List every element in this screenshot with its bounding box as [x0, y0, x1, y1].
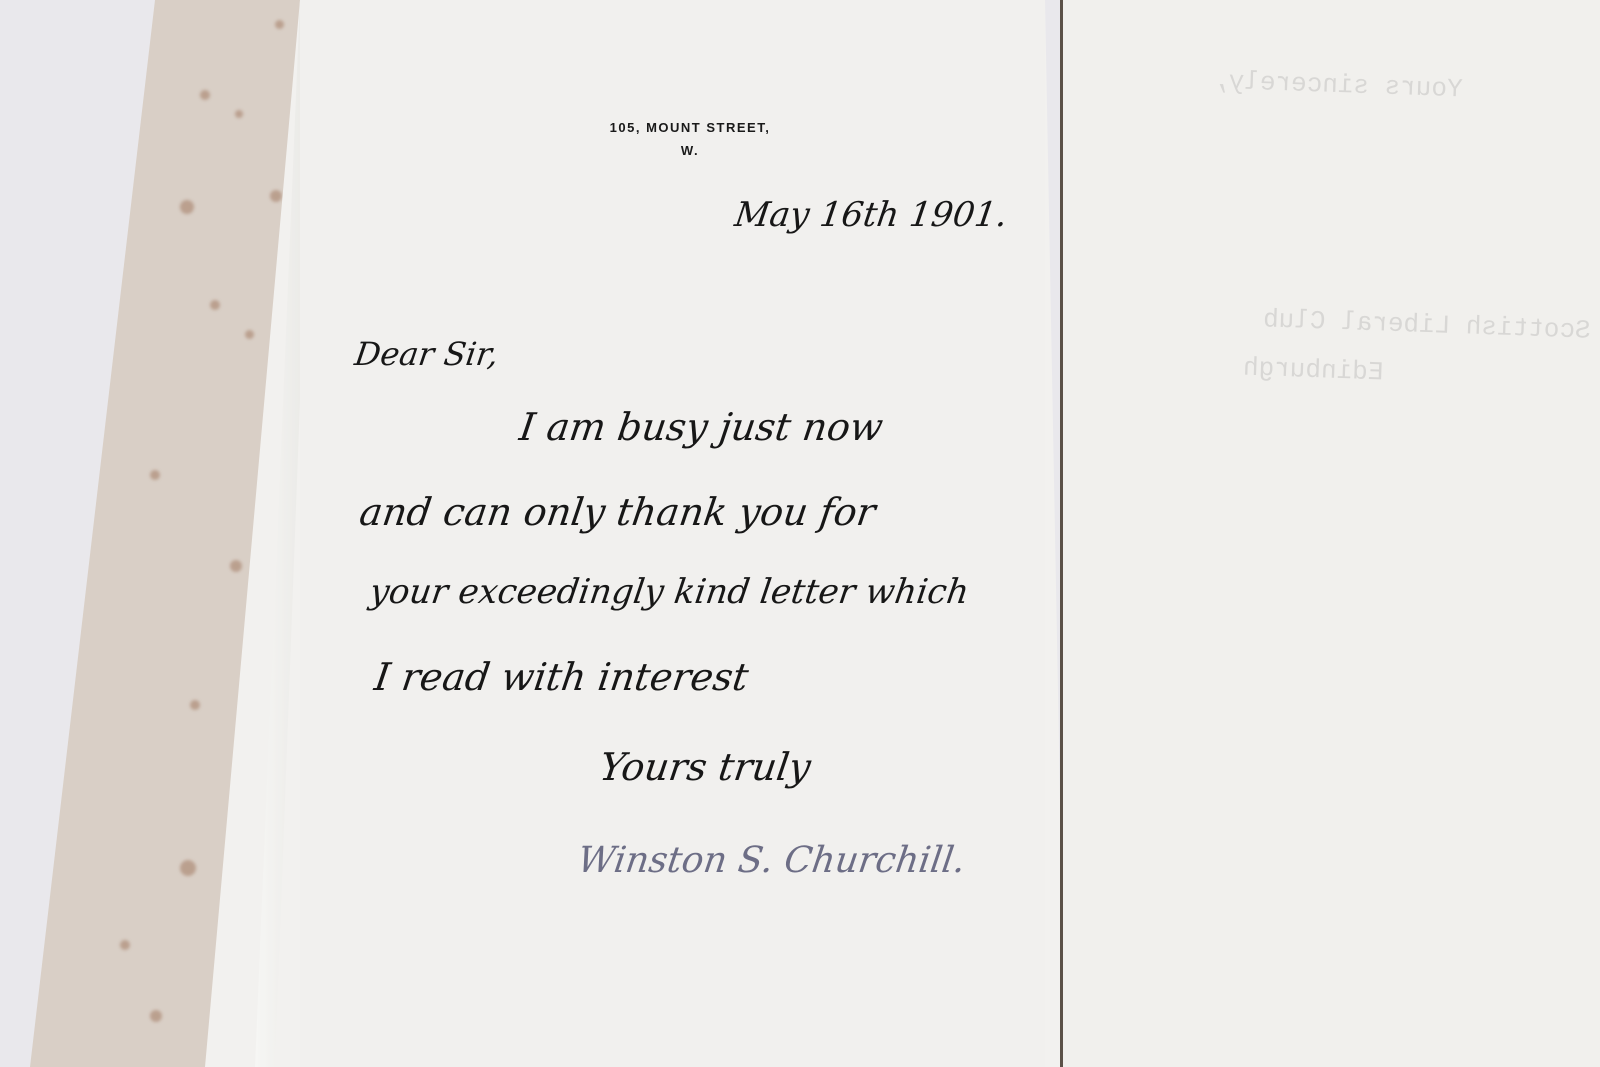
show-through-text: Scottish Liberal Club: [1263, 304, 1592, 345]
body-line-2: and can only thank you for: [357, 490, 878, 534]
facing-page: Yours sincerely, Scottish Liberal Club E…: [1060, 0, 1600, 1067]
closing: Yours truly: [597, 745, 814, 789]
body-line-4: I read with interest: [372, 655, 751, 699]
salutation: Dear Sir,: [352, 335, 501, 373]
body-line-1: I am busy just now: [517, 405, 886, 449]
signature: Winston S. Churchill.: [575, 840, 968, 881]
letterhead-postcode: W.: [580, 143, 800, 158]
letterhead-address: 105, MOUNT STREET,: [580, 120, 800, 135]
show-through-text: Edinburgh: [1243, 353, 1384, 388]
body-line-3: your exceedingly kind letter which: [367, 572, 971, 612]
show-through-text: Yours sincerely,: [1213, 66, 1464, 105]
letter-date: May 16th 1901.: [732, 195, 1010, 235]
